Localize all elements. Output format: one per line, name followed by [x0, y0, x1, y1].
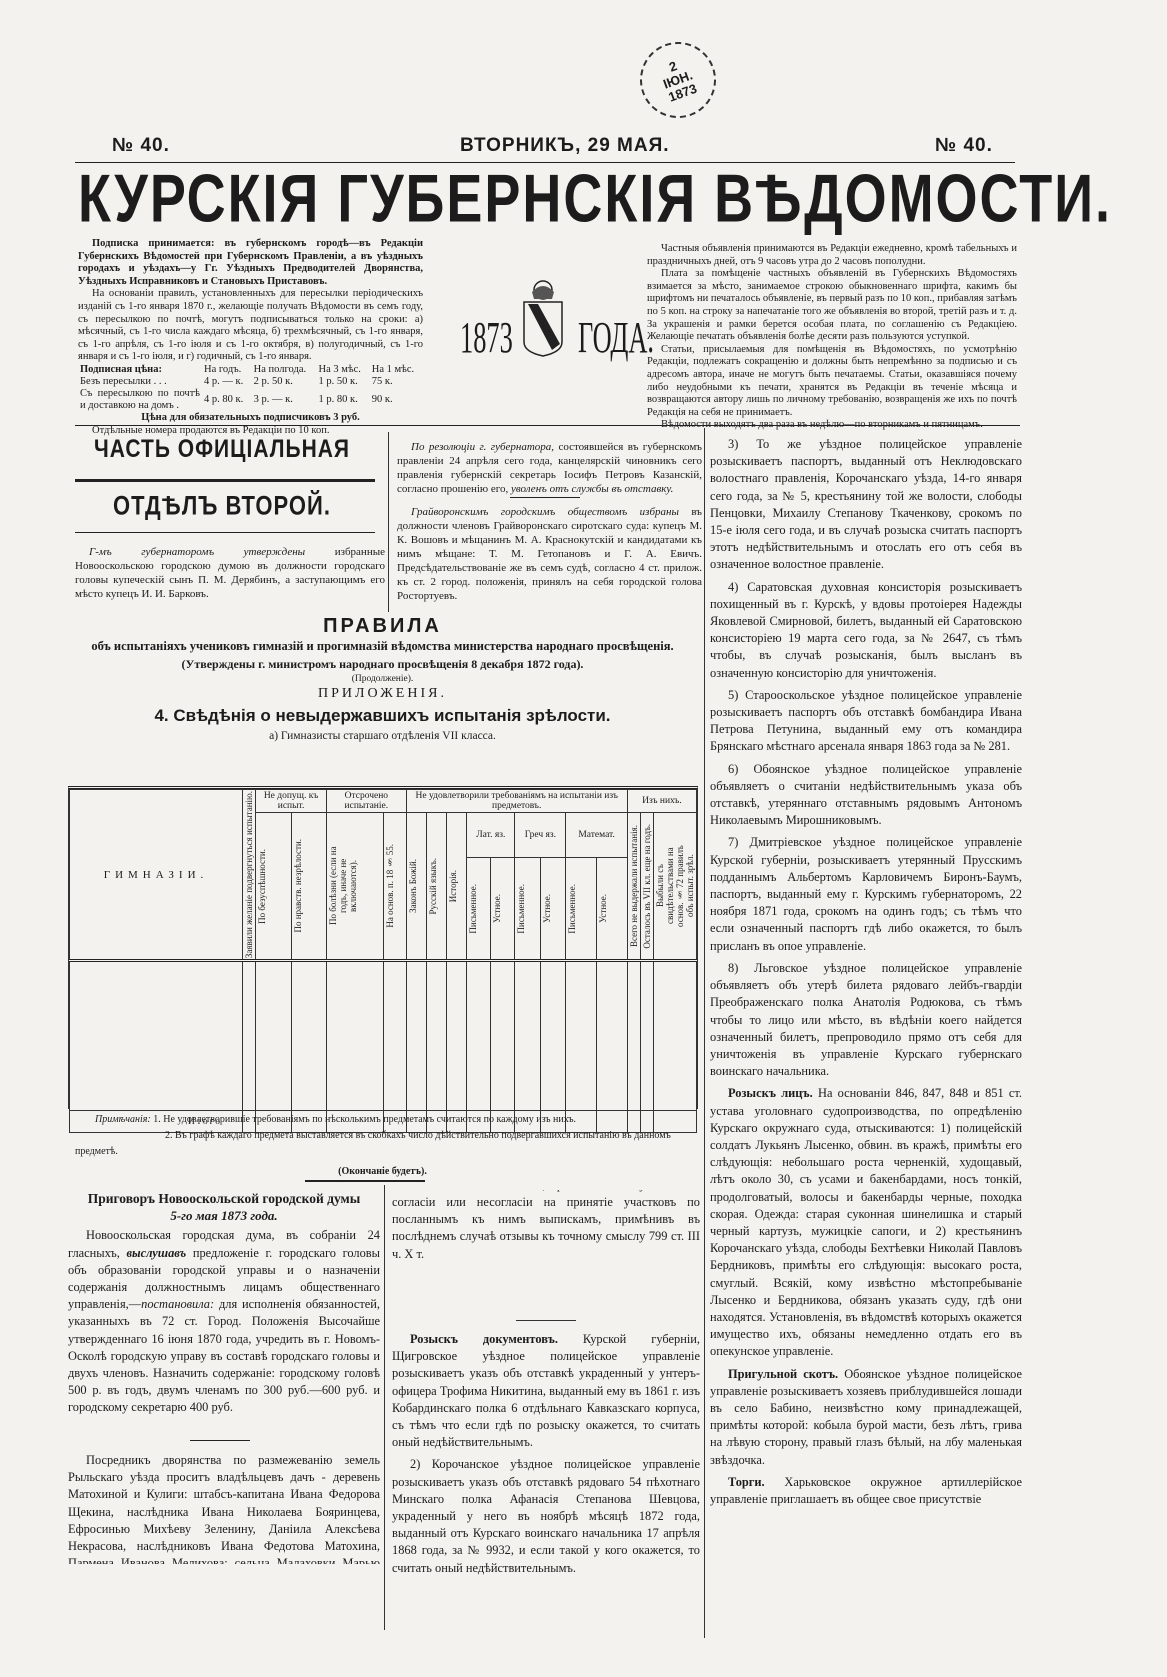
issue-date: ВТОРНИКЪ, 29 МАЯ.	[460, 135, 670, 157]
land-survey-article: Посредникъ дворянства по размежеванію зе…	[68, 1452, 380, 1564]
documents-lead: Розыскъ документовъ.	[410, 1332, 558, 1346]
persons-lead: Розыскъ лицъ.	[728, 1086, 813, 1100]
column-divider-3	[704, 428, 705, 1638]
masthead-title: КУРСКІЯ ГУБЕРНСКІЯ ВѢДОМОСТИ.	[78, 160, 1018, 238]
title-rule-2	[75, 532, 375, 533]
column-divider	[388, 432, 389, 612]
year-label: 1873	[460, 312, 513, 363]
mayor-approval-note: Г-мъ губернаторомъ утверждены избранные …	[75, 545, 385, 601]
appendix-subheading: а) Гимназисты старшаго отдѣленія VII кла…	[75, 730, 690, 742]
section-two-title: ОТДѢЛЪ ВТОРОЙ.	[72, 490, 372, 521]
end-rule	[305, 1180, 425, 1182]
rules-continued: (Продолженіе).	[75, 674, 690, 684]
table-notes: Примѣчанія: 1. Не удовлетворившіе требов…	[75, 1112, 690, 1180]
column-two: Посредникъ дворянства по размежеванію зе…	[392, 1190, 700, 1582]
rules-block: ПРАВИЛА объ испытаніяхъ учениковъ гимназ…	[75, 615, 690, 742]
issue-number-right: № 40.	[935, 135, 993, 157]
rules-subtitle: объ испытаніяхъ учениковъ гимназій и про…	[75, 638, 690, 655]
rules-title: ПРАВИЛА	[75, 615, 690, 638]
short-rule-3	[516, 1320, 576, 1321]
section-rule	[75, 425, 1020, 426]
short-rule-2	[190, 1440, 250, 1441]
auction-lead: Торги.	[728, 1475, 765, 1489]
livestock-lead: Пригульной скотъ.	[728, 1367, 838, 1381]
decree-title: Приговоръ Новооскольской городской думы	[68, 1190, 380, 1207]
ads-info: Частныя объявленія принимаются въ Редакц…	[647, 243, 1017, 432]
column-three: 3) То же уѣздное полицейское управленіе …	[710, 436, 1022, 1513]
year-suffix-label: ГОДА.	[578, 312, 654, 363]
land-survey-continued: Посредникъ дворянства по размежеванію зе…	[392, 1190, 700, 1310]
title-rule	[75, 479, 375, 482]
rules-approved: (Утверждены г. министромъ народнаго прос…	[75, 657, 690, 672]
issue-number-left: № 40.	[112, 135, 170, 157]
subscription-info: Подписка принимается: въ губернскомъ гор…	[78, 238, 423, 437]
official-part-title: ЧАСТЬ ОФИЦІАЛЬНАЯ	[72, 436, 372, 465]
appendix-heading: 4. Свѣдѣнія о невыдержавшихъ испытанія з…	[75, 706, 690, 726]
appendix-title: ПРИЛОЖЕНІЯ.	[75, 686, 690, 702]
resignation-note: По резолюціи г. губернатора, состоявшейс…	[397, 440, 702, 496]
library-stamp: 2 ІЮН. 1873	[629, 31, 726, 128]
column-divider-2	[384, 1185, 385, 1630]
to-be-continued: (Окончаніе будетъ).	[75, 1164, 690, 1180]
failed-exams-table: ГИМНАЗІИ. Заявили желаніе подвергнуться …	[68, 786, 698, 1109]
decree-date: 5-го мая 1873 года.	[68, 1207, 380, 1224]
orphan-court-note: Грайворонскимъ городскимъ обществомъ изб…	[397, 505, 702, 603]
price-table: Подписная цѣна: На годъ. На полгода. На …	[78, 364, 423, 412]
gymnasium-header: ГИМНАЗІИ.	[70, 790, 243, 961]
coat-of-arms-icon	[518, 280, 568, 358]
short-rule	[510, 497, 580, 498]
decree-article: Приговоръ Новооскольской городской думы …	[68, 1190, 380, 1422]
